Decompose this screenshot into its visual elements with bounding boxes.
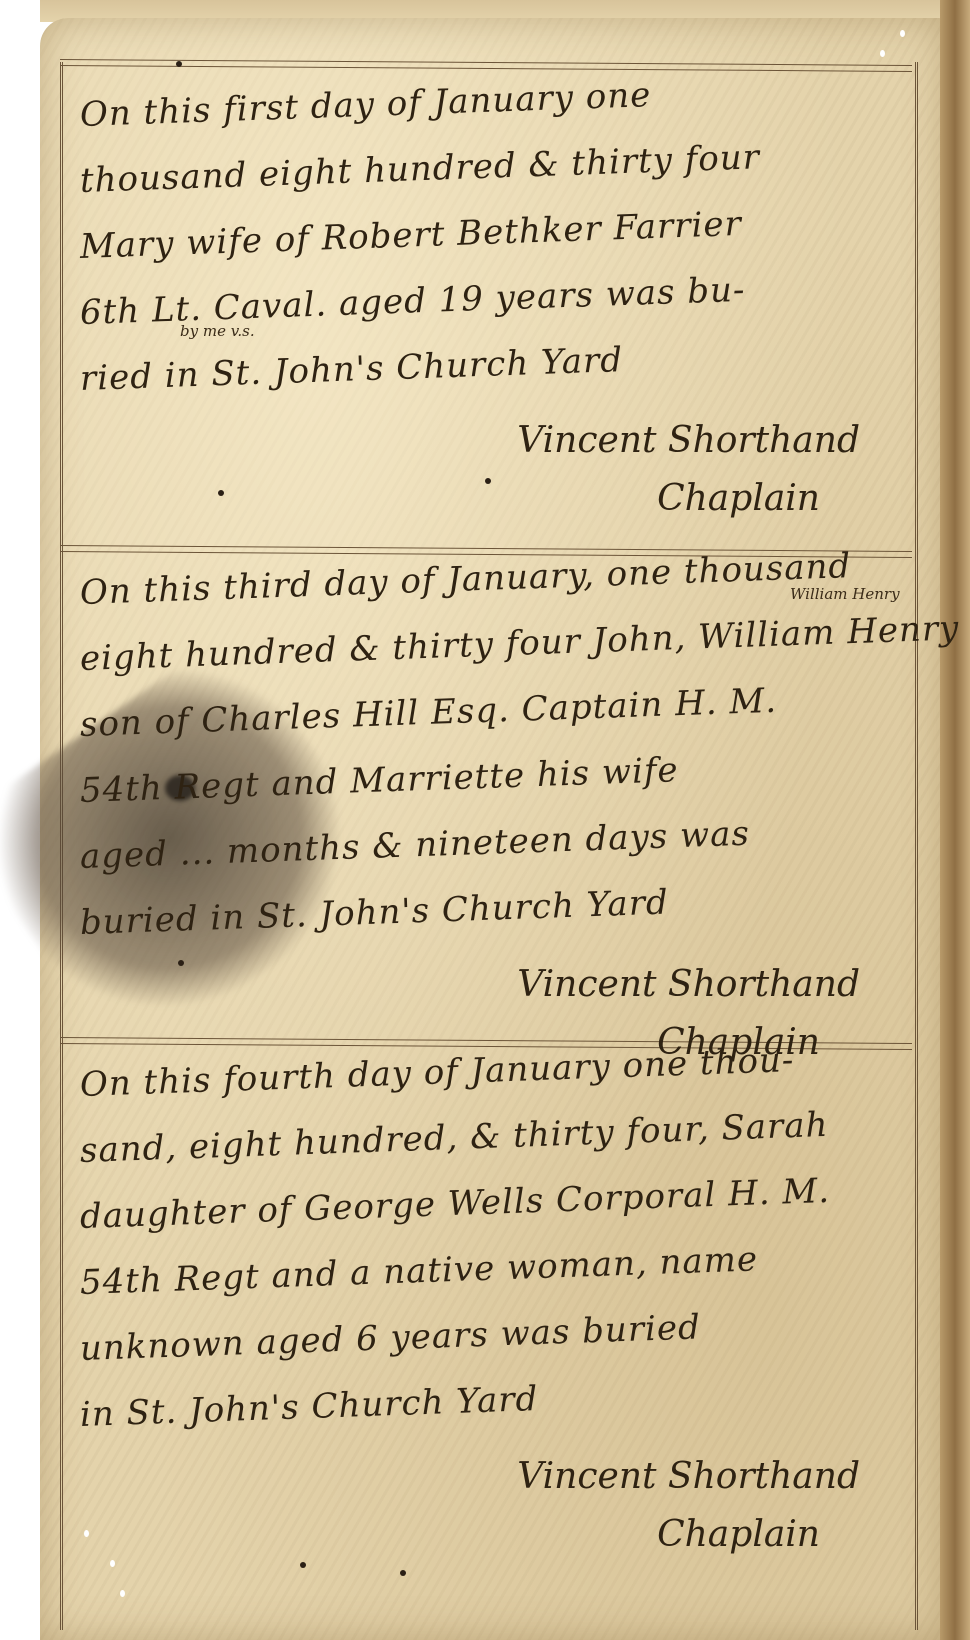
- ink-speck: [400, 1570, 406, 1576]
- ink-speck: [176, 61, 182, 67]
- register-entry-1: On this first day of January one thousan…: [80, 82, 900, 528]
- signature: Vincent Shorthand: [80, 412, 900, 470]
- interlineation: by me v.s.: [180, 322, 255, 340]
- ink-speck: [485, 478, 491, 484]
- ink-speck: [178, 960, 184, 966]
- ink-speck: [218, 490, 224, 496]
- paper-glint: [120, 1590, 125, 1597]
- paper-glint: [900, 30, 905, 37]
- paper-glint: [84, 1530, 89, 1537]
- paper-glint: [110, 1560, 115, 1567]
- signature: Vincent Shorthand: [80, 956, 900, 1014]
- signatory-title: Chaplain: [80, 1506, 900, 1564]
- book-spine: [940, 0, 970, 1640]
- register-entry-3: On this fourth day of January one thou- …: [80, 1052, 900, 1564]
- signature: Vincent Shorthand: [80, 1448, 900, 1506]
- register-entry-2: On this third day of January, one thousa…: [80, 560, 900, 1072]
- paper-glint: [880, 50, 885, 57]
- interlineation: William Henry: [790, 585, 900, 603]
- ink-speck: [300, 1562, 306, 1568]
